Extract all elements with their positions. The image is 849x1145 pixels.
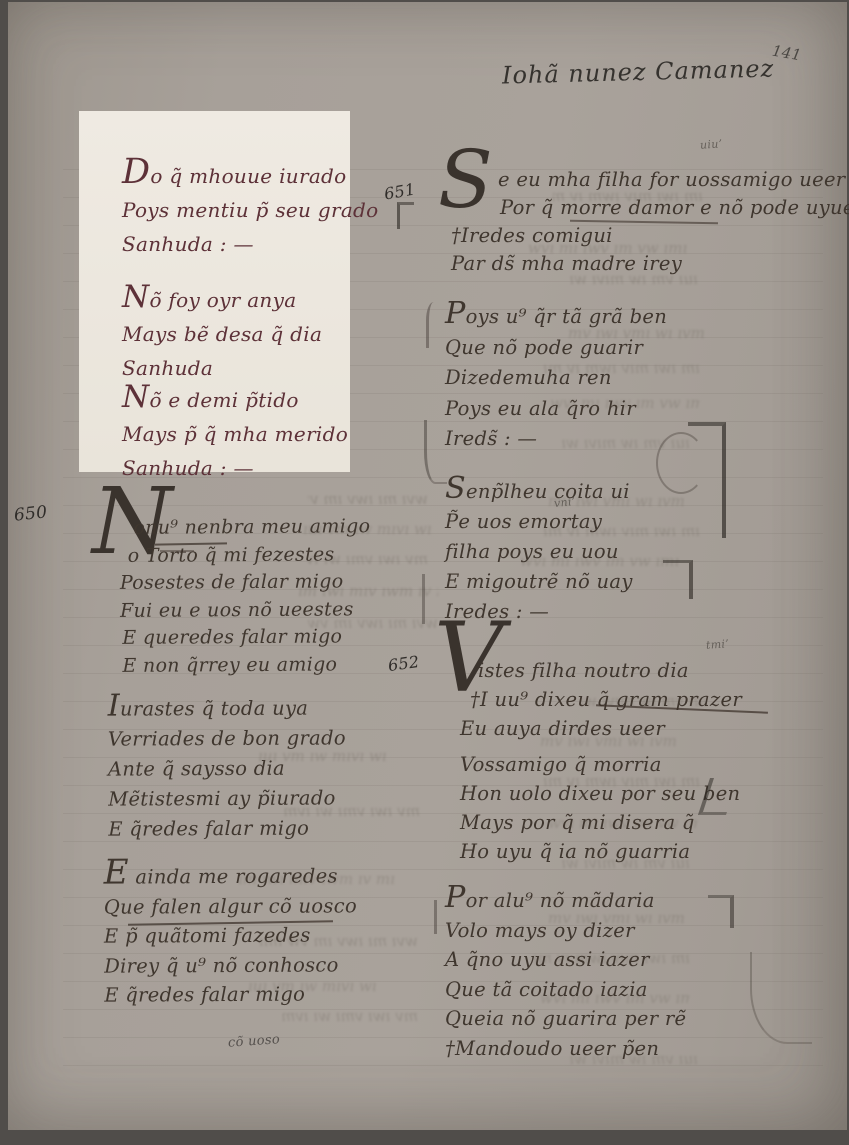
- verso-bleed-line: wvı mı ıwv ım vw ımı: [308, 490, 428, 508]
- verso-bleed-flourish: [424, 420, 447, 484]
- verse-line: Poys u⁹ q̃r tã grã ben: [445, 302, 667, 333]
- verse-line: E q̃redes falar migo: [108, 813, 346, 844]
- left-stanza-2: Iurastes q̃ toda uya Verriades de bon gr…: [108, 693, 347, 844]
- manuscript-page: ım ıwı mıv ıwm ıv mıwvı mı ıwv ım vw ımı…: [8, 2, 847, 1130]
- verse-line: E ainda me rogaredes: [104, 861, 357, 892]
- verse-line: Poys mentiu p̃ seu grado: [122, 193, 379, 227]
- margin-number-650: 650: [13, 502, 48, 525]
- marginal-mark-right-mid: tmi’: [706, 637, 730, 652]
- verso-bleed-flourish: [397, 202, 414, 229]
- verse-line: E migoutrẽ nõ uay: [445, 567, 633, 597]
- verse-line: Do q̃ mhouue iurado: [122, 159, 379, 193]
- verse-line: Sanhuda : —: [122, 451, 348, 485]
- verse-line: Sanhuda : —: [122, 227, 379, 261]
- verse-line: Queia nõ guarira per rẽ: [445, 1004, 686, 1034]
- verse-line: P̃e uos emortay: [445, 507, 633, 537]
- verse-line: Mays por q̃ mi disera q̃: [460, 808, 742, 837]
- verse-line: Vossamigo q̃ morria: [460, 750, 742, 779]
- right-stanza-2: Poys u⁹ q̃r tã grã ben Que nõ pode guari…: [445, 302, 667, 455]
- verse-line: Verriades de bon grado: [108, 723, 346, 754]
- marginal-mark-right-top: uiu’: [700, 137, 723, 152]
- verse-line: Que tã coitado iazia: [445, 975, 686, 1005]
- verse-line: Poys eu ala q̃ro hir: [445, 394, 667, 425]
- verse-line: Par ds̃ mha madre irey: [451, 250, 849, 278]
- left-stanza-3: E ainda me rogaredes Que falen algur cõ …: [104, 861, 358, 1010]
- folio-number: 141: [771, 42, 803, 65]
- right-stanza-5: Por alu⁹ nõ mãdaria Volo mays oy dizer A…: [445, 886, 686, 1063]
- margin-number-652: 652: [387, 652, 421, 675]
- verso-bleed-flourish: [422, 574, 441, 624]
- verse-line: filha poys eu uou: [445, 537, 633, 567]
- verso-bleed-flourish: [688, 422, 726, 538]
- verse-line: Iredes : —: [445, 597, 633, 627]
- verse-line: E non q̃rrey eu amigo: [122, 651, 371, 680]
- verse-line: E q̃redes falar migo: [104, 979, 357, 1010]
- margin-number-651: 651: [383, 179, 417, 203]
- catchword: cõ uoso: [228, 1032, 281, 1051]
- scribal-underline: [160, 550, 194, 552]
- verse-line: †Mandoudo ueer p̃en: [445, 1034, 686, 1064]
- verse-line: †Iredes comigui: [451, 222, 849, 250]
- verse-line: Que falen algur cõ uosco: [104, 891, 357, 922]
- verso-bleed-flourish: [708, 895, 734, 928]
- verse-line: Nõ e demi p̃tido: [122, 383, 348, 417]
- verse-line: istes filha noutro dia: [478, 656, 742, 685]
- verse-line: Nõ foy oyr anya: [122, 283, 322, 317]
- verse-line: Dizedemuha ren: [445, 363, 667, 394]
- verso-bleed-flourish: [750, 952, 812, 1044]
- verse-line: Mẽtistesmi ay p̃iurado: [108, 783, 346, 814]
- attribution-heading: Iohã nunez Camanez: [502, 54, 775, 89]
- right-stanza-3: Senp̃lheu coita ui P̃e uos emortay filha…: [445, 477, 633, 627]
- verse-line: A q̃no uyu assi iazer: [445, 945, 686, 975]
- left-stanza-1: onu⁹ nenbra meu amigo o Torto q̃ mi feze…: [133, 513, 371, 680]
- verse-line: Hon uolo dixeu por seu ben: [460, 779, 742, 808]
- verse-line: Volo mays oy dizer: [445, 916, 686, 946]
- verso-bleed-line: mv ıwı vmı wı ıvm: [240, 1007, 418, 1025]
- verse-line: e eu mha filha for uossamigo ueer: [498, 166, 849, 194]
- verse-line: Por alu⁹ nõ mãdaria: [445, 886, 686, 916]
- verse-line: Mays p̃ q̃ mha merido: [122, 417, 348, 451]
- verse-line: Que nõ pode guarir: [445, 333, 667, 364]
- highlight-region: Do q̃ mhouue iurado Poys mentiu p̃ seu g…: [79, 111, 350, 472]
- highlight-stanza-2: Nõ foy oyr anya Mays bẽ desa q̃ dia Sanh…: [122, 283, 322, 385]
- verse-line: Iurastes q̃ toda uya: [108, 693, 346, 724]
- verso-bleed-flourish: [663, 560, 693, 599]
- verse-line: Posestes de falar migo: [120, 568, 371, 597]
- verse-line: Sanhuda: [122, 351, 322, 385]
- right-stanza-4: istes filha noutro dia †I uu⁹ dixeu q̃ g…: [460, 656, 742, 866]
- verse-line: Mays bẽ desa q̃ dia: [122, 317, 322, 351]
- verse-line: Ho uyu q̃ ia nõ guarria: [460, 837, 742, 866]
- highlight-stanza-1: Do q̃ mhouue iurado Poys mentiu p̃ seu g…: [122, 159, 379, 261]
- verse-line: E queredes falar migo: [122, 623, 371, 652]
- verse-line: Ante q̃ saysso dia: [108, 753, 346, 784]
- verse-line: onu⁹ nenbra meu amigo: [133, 513, 370, 542]
- verse-line: Senp̃lheu coita ui: [445, 477, 633, 507]
- verse-line: Por q̃ morre damor e nõ pode uyuer: [500, 194, 849, 222]
- verso-bleed-flourish: [426, 302, 445, 348]
- verse-line: Eu auya dirdes ueer: [460, 714, 742, 743]
- verse-line: Direy q̃ u⁹ nõ conhosco: [104, 950, 357, 981]
- highlight-stanza-3: Nõ e demi p̃tido Mays p̃ q̃ mha merido S…: [122, 383, 348, 485]
- verse-line: Fui eu e uos nõ ueestes: [120, 596, 371, 625]
- verse-line: Ireds̃ : —: [445, 424, 667, 455]
